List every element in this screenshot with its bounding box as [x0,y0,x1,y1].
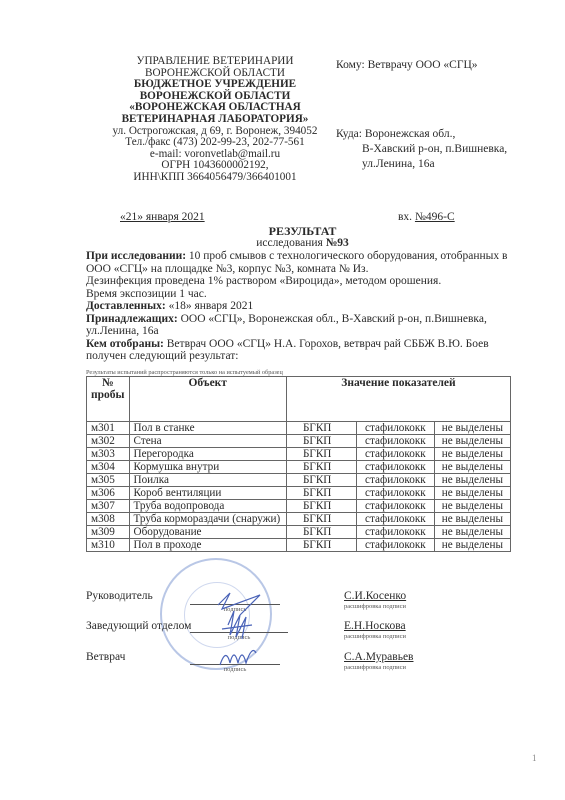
signer-name-caption: расшифровка подписи [344,664,406,671]
research-label: При исследовании: [86,250,186,262]
result-value: не выделены [434,448,510,461]
pathogen: стафилококк [356,448,434,461]
selected-by-line: Кем отобраны: Ветврач ООО «СГЦ» Н.А. Гор… [86,338,516,351]
org-inn: ИНН\КПП 3664056479/366401001 [100,172,330,184]
sample-object: Поилка [129,474,286,487]
table-row: м307Труба водопроводаБГКПстафилококкне в… [87,500,511,513]
incoming-prefix: вх. [398,211,412,223]
document-date: «21» января 2021 [120,211,205,223]
recipient: Кому: Ветврачу ООО «СГЦ» [336,59,478,71]
sample-object: Стена [129,435,286,448]
recipient-address: Куда: Воронежская обл., В-Хавский р-он, … [336,127,507,172]
indicator: БГКП [286,500,356,513]
indicator: БГКП [286,461,356,474]
signer-name-caption: расшифровка подписи [344,603,406,610]
disinfection-line: Дезинфекция проведена 1% раствором «Виро… [86,275,516,288]
header-values: Значение показателей [286,377,510,422]
indicator: БГКП [286,435,356,448]
indicator: БГКП [286,487,356,500]
org-line: УПРАВЛЕНИЕ ВЕТЕРИНАРИИ [100,56,330,68]
sample-number: м309 [87,526,130,539]
document-subtitle: исследования №93 [0,237,565,249]
signature-role: Ветврач [86,651,125,663]
sample-object: Пол в станке [129,422,286,435]
pathogen: стафилококк [356,500,434,513]
page-number: 1 [532,753,537,763]
sample-number: м305 [87,474,130,487]
pathogen: стафилококк [356,422,434,435]
table-row: м302СтенаБГКПстафилококкне выделены [87,435,511,448]
result-intro: получен следующий результат: [86,350,516,363]
sample-object: Перегородка [129,448,286,461]
address-line: В-Хавский р-он, п.Вишневка, [336,142,507,157]
result-value: не выделены [434,435,510,448]
selected-label: Кем отобраны: [86,338,164,350]
subtitle-prefix: исследования [256,237,323,249]
document-body: При исследовании: 10 проб смывов с техно… [86,250,516,363]
research-paragraph: При исследовании: 10 проб смывов с техно… [86,250,516,275]
pathogen: стафилококк [356,435,434,448]
table-row: м303ПерегородкаБГКПстафилококкне выделен… [87,448,511,461]
pathogen: стафилококк [356,513,434,526]
sample-number: м302 [87,435,130,448]
exposure-line: Время экспозиции 1 час. [86,288,516,301]
result-value: не выделены [434,422,510,435]
table-row: м304Кормушка внутриБГКПстафилококкне выд… [87,461,511,474]
table-row: м310Пол в проходеБГКПстафилококкне выдел… [87,539,511,552]
result-value: не выделены [434,461,510,474]
address-line: ул.Ленина, 16а [336,157,507,172]
table-row: м305ПоилкаБГКПстафилококкне выделены [87,474,511,487]
belongs-line: Принадлежащих: ООО «СГЦ», Воронежская об… [86,313,516,338]
indicator: БГКП [286,526,356,539]
sample-object: Кормушка внутри [129,461,286,474]
handwritten-signatures [200,575,290,675]
indicator: БГКП [286,448,356,461]
result-value: не выделены [434,526,510,539]
table-header-row: № пробы Объект Значение показателей [87,377,511,422]
sample-object: Оборудование [129,526,286,539]
selected-text: Ветврач ООО «СГЦ» Н.А. Горохов, ветврач … [167,338,489,350]
pathogen: стафилококк [356,526,434,539]
pathogen: стафилококк [356,487,434,500]
header-object: Объект [129,377,286,422]
result-value: не выделены [434,500,510,513]
sample-number: м307 [87,500,130,513]
signature-role: Руководитель [86,590,153,602]
result-value: не выделены [434,539,510,552]
sample-number: м308 [87,513,130,526]
delivered-label: Доставленных: [86,300,166,312]
signer-name: Е.Н.Носкова [344,620,406,632]
signer-name: С.А.Муравьев [344,651,413,663]
delivered-text: «18» января 2021 [169,300,254,312]
signer-name: С.И.Косенко [344,590,406,602]
incoming-value: №496-С [415,211,455,223]
indicator: БГКП [286,539,356,552]
sample-object: Короб вентиляции [129,487,286,500]
address-label: Куда: Воронежская обл., [336,128,455,140]
results-table: № пробы Объект Значение показателей м301… [86,376,511,552]
sample-number: м304 [87,461,130,474]
header-sample-number: № пробы [87,377,130,422]
indicator: БГКП [286,422,356,435]
pathogen: стафилококк [356,461,434,474]
sample-number: м301 [87,422,130,435]
indicator: БГКП [286,474,356,487]
org-phone: Тел./факс (473) 202-99-23, 202-77-561 [100,137,330,149]
sample-number: м310 [87,539,130,552]
table-row: м309ОборудованиеБГКПстафилококкне выделе… [87,526,511,539]
research-number: №93 [326,237,349,249]
delivered-line: Доставленных: «18» января 2021 [86,300,516,313]
sample-object: Труба кормораздачи (снаружи) [129,513,286,526]
sample-object: Труба водопровода [129,500,286,513]
pathogen: стафилококк [356,539,434,552]
incoming-number: вх. №496-С [398,211,455,223]
sample-number: м306 [87,487,130,500]
result-value: не выделены [434,487,510,500]
table-row: м306Короб вентиляцииБГКПстафилококкне вы… [87,487,511,500]
organization-header: УПРАВЛЕНИЕ ВЕТЕРИНАРИИ ВОРОНЕЖСКОЙ ОБЛАС… [100,56,330,184]
pathogen: стафилококк [356,474,434,487]
result-value: не выделены [434,513,510,526]
signer-name-caption: расшифровка подписи [344,633,406,640]
sample-number: м303 [87,448,130,461]
disclaimer: Результаты испытаний распространяются то… [86,369,283,376]
indicator: БГКП [286,513,356,526]
belongs-label: Принадлежащих: [86,313,178,325]
org-bold-line: ВЕТЕРИНАРНАЯ ЛАБОРАТОРИЯ» [100,114,330,126]
table-row: м308Труба кормораздачи (снаружи)БГКПстаф… [87,513,511,526]
sample-object: Пол в проходе [129,539,286,552]
result-value: не выделены [434,474,510,487]
table-row: м301Пол в станкеБГКПстафилококкне выделе… [87,422,511,435]
signature-role: Заведующий отделом [86,620,191,632]
